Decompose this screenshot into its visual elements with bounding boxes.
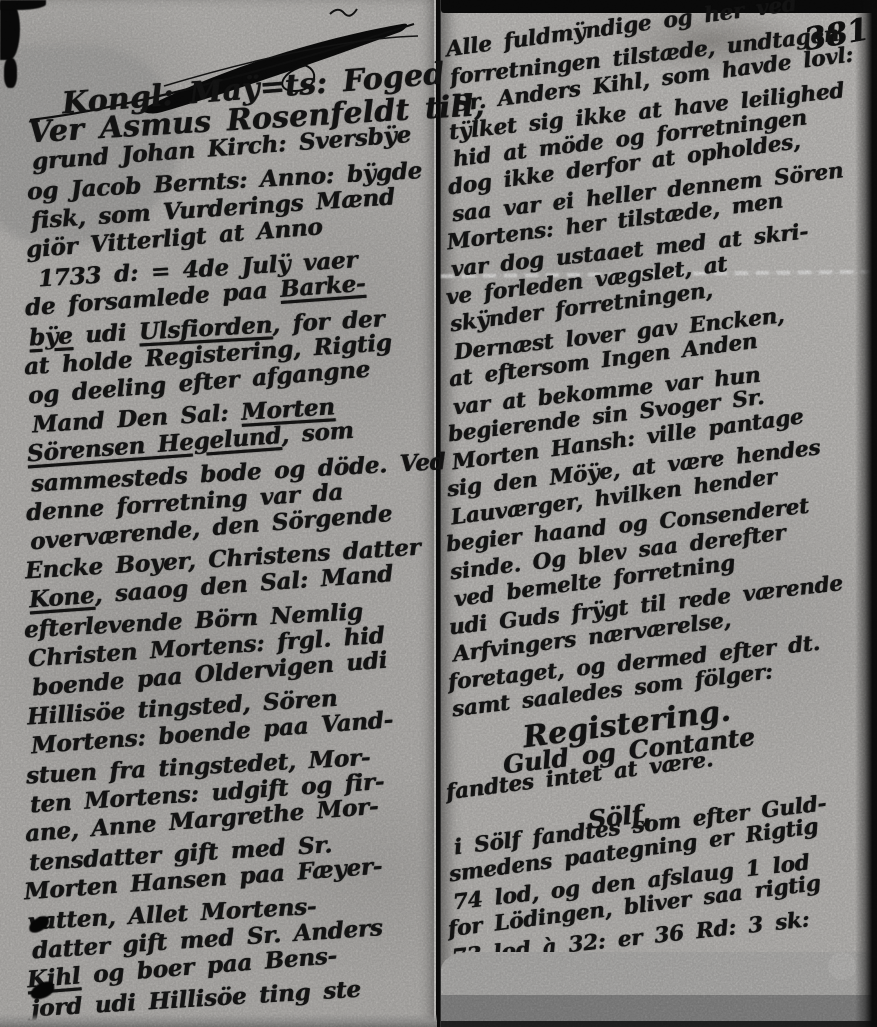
underlined-word: bÿe — [28, 322, 73, 351]
scanner-background — [441, 1021, 877, 1027]
scanner-background — [441, 995, 877, 1022]
page-edge-shadow-right — [855, 0, 877, 1027]
manuscript-text: udi — [72, 318, 140, 349]
underlined-word: Kone — [28, 582, 95, 614]
scanner-background — [828, 952, 856, 980]
scanner-edge-mark — [4, 58, 17, 88]
page-bottom-shadow — [0, 1014, 437, 1027]
scanned-document: 381. Kongl: Maÿ=ts: FogedVer Asmus Rosen… — [0, 0, 877, 1027]
page-seam — [434, 0, 441, 1027]
